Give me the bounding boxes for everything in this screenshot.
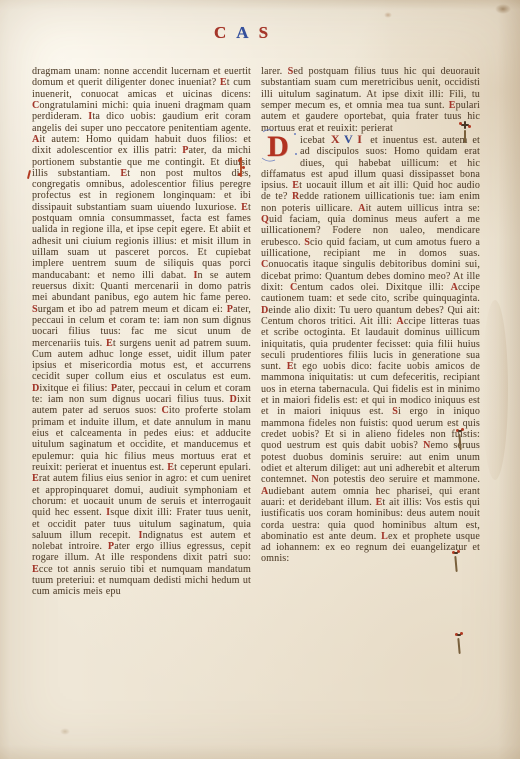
rubricated-initial: N xyxy=(311,474,318,485)
chapter-numeral-letter: V xyxy=(343,132,356,146)
rubricated-initial: E xyxy=(32,473,39,484)
text-run: icebat xyxy=(300,135,330,146)
text-block: larer. Sed postquam filius tuus hic qui … xyxy=(261,66,480,134)
rubricated-initial: A xyxy=(358,203,365,214)
rubricated-initial: A xyxy=(451,282,458,293)
text-run: larer. xyxy=(261,66,288,77)
rubricated-initial: Q xyxy=(261,214,269,225)
text-run: t ceperunt epulari. xyxy=(174,462,251,473)
rubricated-initial: A xyxy=(396,316,403,327)
running-title-letter: C xyxy=(214,24,227,42)
rubricated-initial: E xyxy=(241,202,248,213)
text-column-left: dragmam unam: nonne accendit lucernam et… xyxy=(32,66,251,704)
rubricated-initial: E xyxy=(220,77,227,88)
running-title: CAS xyxy=(214,24,314,42)
chapter-numeral-letter: I xyxy=(356,132,365,146)
ink-stain xyxy=(495,4,511,14)
parchment-stain xyxy=(60,728,70,735)
manuscript-page: CAS dragmam unam: nonne accendit lucerna… xyxy=(0,0,520,759)
chapter-numeral-letter: X xyxy=(330,132,343,146)
text-block: dragmam unam: nonne accendit lucernam et… xyxy=(32,66,251,598)
text-run: entum cados olei. Dixitque illi: xyxy=(297,282,450,293)
running-title-letter: S xyxy=(259,24,269,42)
rubricated-initial: E xyxy=(106,338,113,349)
rubricated-initial: C xyxy=(162,405,169,416)
page-edge-shadow xyxy=(482,300,508,480)
text-run: cce tot annis seruio tibi et numquam man… xyxy=(32,564,251,598)
parchment-stain xyxy=(384,12,392,18)
text-run: ixitque ei filius: xyxy=(39,383,110,394)
rubricated-initial: E xyxy=(449,100,456,111)
pen-flourish xyxy=(261,128,301,168)
rubricated-initial: E xyxy=(32,564,39,575)
text-run: ed postquam filius tuus hic qui deuoraui… xyxy=(261,66,480,111)
running-title-letter: A xyxy=(236,24,249,42)
rubricated-initial: D xyxy=(230,394,237,405)
text-run: dragmam unam: nonne accendit lucernam et… xyxy=(32,66,251,88)
text-column-right: larer. Sed postquam filius tuus hic qui … xyxy=(261,66,480,704)
rubricated-initial: E xyxy=(287,361,294,372)
text-run: urgam et ibo ad patrem meum et dicam ei: xyxy=(38,304,227,315)
text-run: on potestis deo seruire et mammone. xyxy=(319,474,480,485)
rubricated-initial: L xyxy=(381,531,388,542)
drop-cap-initial: D xyxy=(261,135,295,158)
text-block: Dicebat XVI et inuentus est. autem et ad… xyxy=(261,134,480,565)
text-run: it autem uillicus intra se: xyxy=(366,203,480,214)
